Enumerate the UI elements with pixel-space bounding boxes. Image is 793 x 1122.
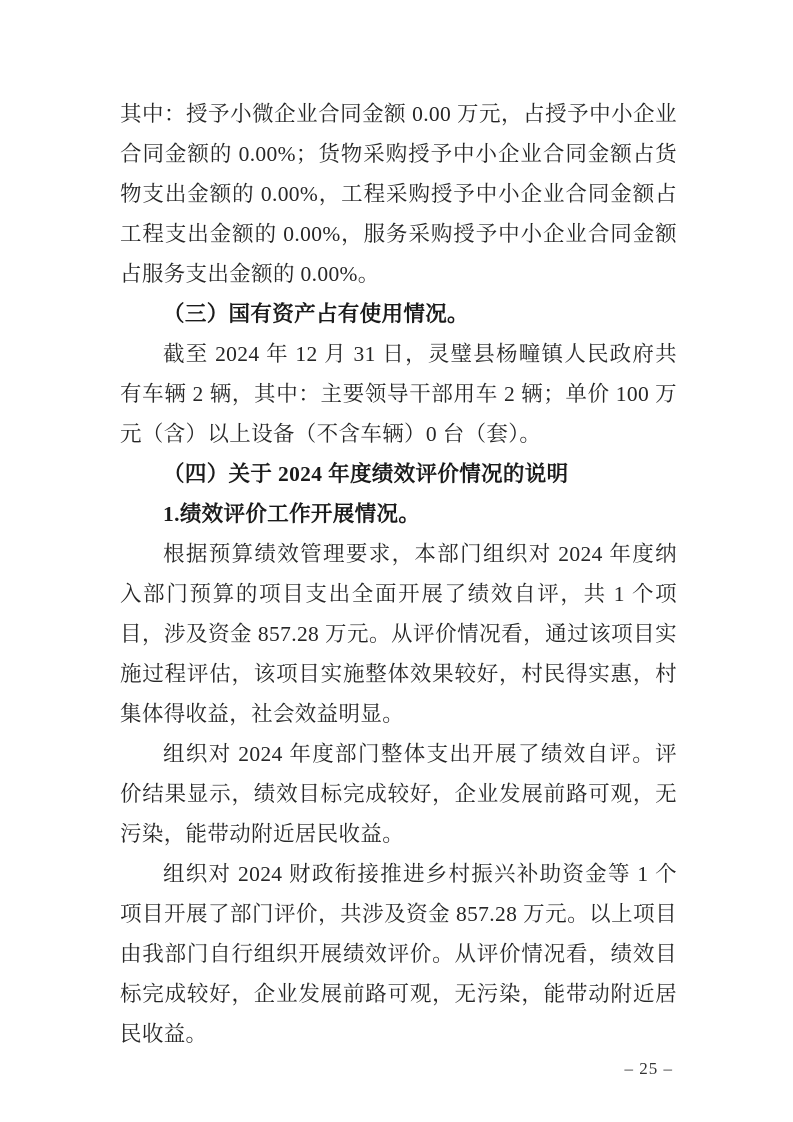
- paragraph-continuation: 其中：授予小微企业合同金额 0.00 万元，占授予中小企业合同金额的 0.00%…: [120, 94, 677, 294]
- paragraph: 截至 2024 年 12 月 31 日，灵璧县杨疃镇人民政府共有车辆 2 辆，其…: [120, 334, 677, 454]
- section-heading: （三）国有资产占有使用情况。: [120, 294, 677, 334]
- paragraph: 组织对 2024 财政衔接推进乡村振兴补助资金等 1 个项目开展了部门评价，共涉…: [120, 854, 677, 1054]
- page-number: – 25 –: [120, 1057, 673, 1081]
- document-body: 其中：授予小微企业合同金额 0.00 万元，占授予中小企业合同金额的 0.00%…: [120, 94, 677, 1054]
- paragraph: 根据预算绩效管理要求，本部门组织对 2024 年度纳入部门预算的项目支出全面开展…: [120, 534, 677, 734]
- document-page: 其中：授予小微企业合同金额 0.00 万元，占授予中小企业合同金额的 0.00%…: [0, 0, 793, 1122]
- sub-heading: 1.绩效评价工作开展情况。: [120, 494, 677, 534]
- section-heading: （四）关于 2024 年度绩效评价情况的说明: [120, 454, 677, 494]
- paragraph: 组织对 2024 年度部门整体支出开展了绩效自评。评价结果显示，绩效目标完成较好…: [120, 734, 677, 854]
